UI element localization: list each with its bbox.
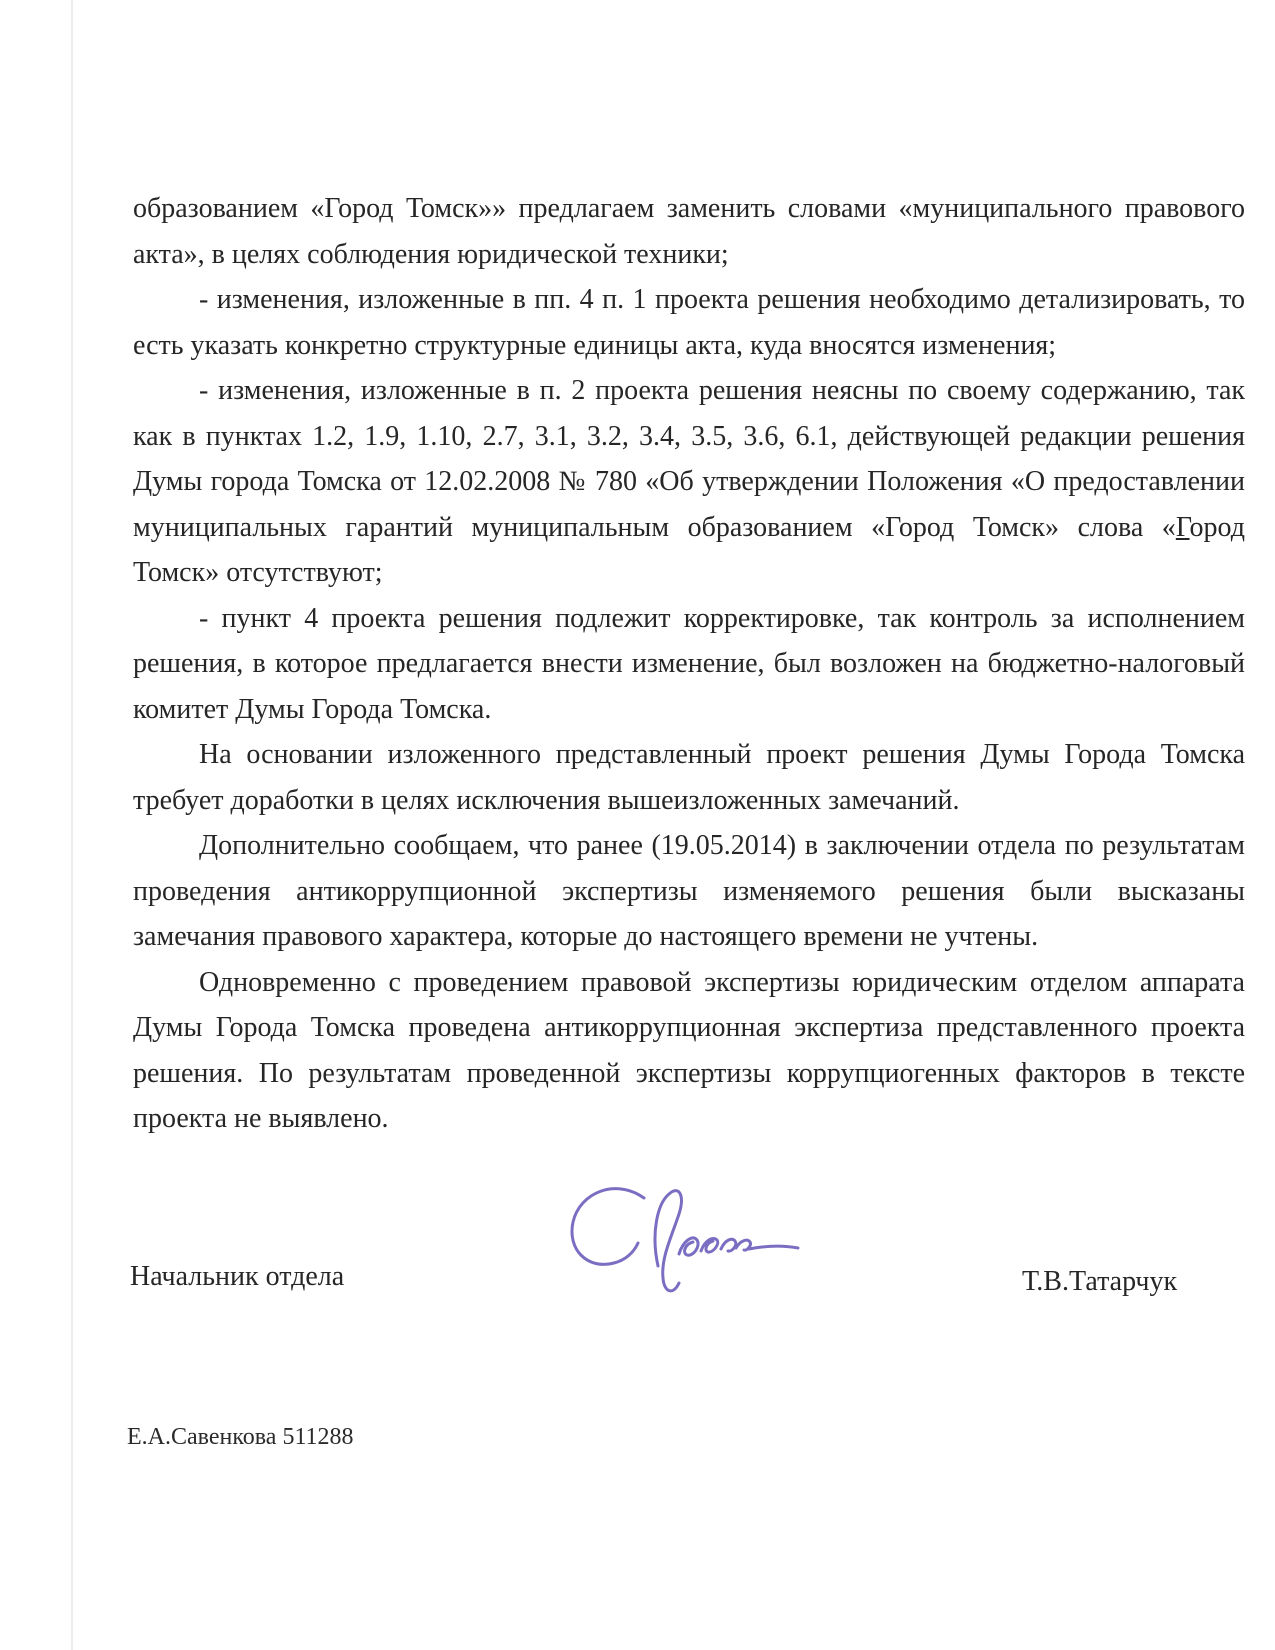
- document-body: образованием «Город Томск»» предлагаем з…: [133, 186, 1245, 1142]
- body-paragraph: - изменения, изложенные в п. 2 проекта р…: [133, 368, 1245, 596]
- scanned-document-page: образованием «Город Томск»» предлагаем з…: [0, 0, 1275, 1650]
- signatory-name: Т.В.Татарчук: [1022, 1266, 1177, 1298]
- underlined-letter: Г: [1176, 512, 1190, 543]
- signatory-role-label: Начальник отдела: [130, 1261, 344, 1293]
- signature-stroke: [572, 1189, 798, 1291]
- executor-note: Е.А.Савенкова 511288: [127, 1424, 354, 1451]
- body-paragraph: - изменения, изложенные в пп. 4 п. 1 про…: [133, 277, 1245, 368]
- body-paragraph: образованием «Город Томск»» предлагаем з…: [133, 186, 1245, 277]
- body-paragraph: Одновременно с проведением правовой эксп…: [133, 960, 1245, 1142]
- body-paragraph: Дополнительно сообщаем, что ранее (19.05…: [133, 823, 1245, 960]
- body-paragraph: - пункт 4 проекта решения подлежит корре…: [133, 596, 1245, 733]
- paragraph-text: - изменения, изложенные в п. 2 проекта р…: [133, 375, 1245, 543]
- body-paragraph: На основании изложенного представленный …: [133, 732, 1245, 823]
- scan-edge-line: [71, 0, 73, 1650]
- handwritten-signature-image: [552, 1168, 802, 1308]
